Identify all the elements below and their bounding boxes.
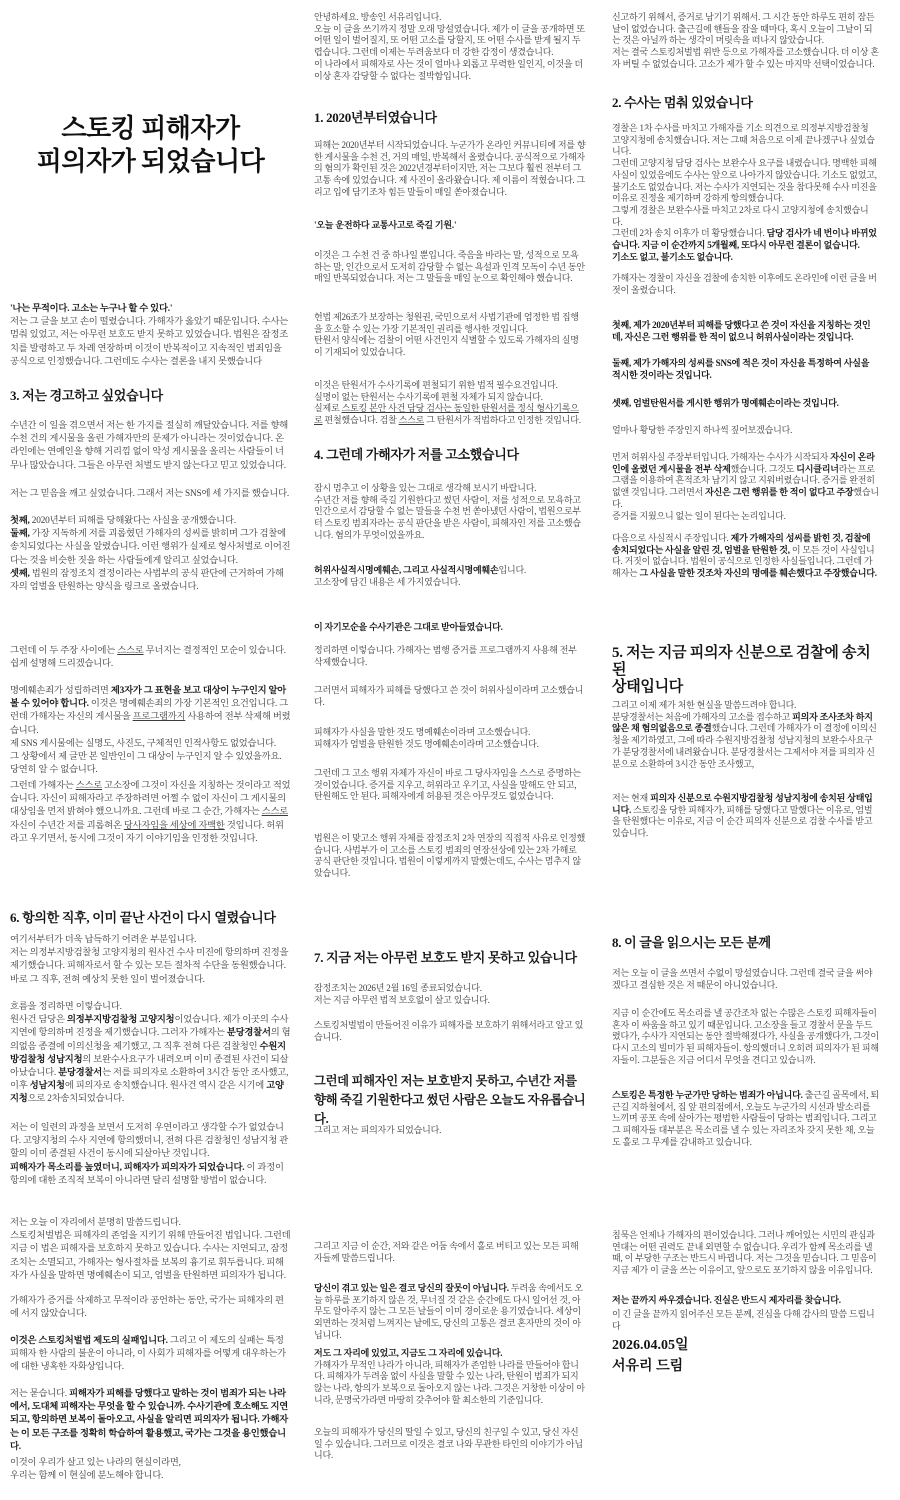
text-run: 그런데 피해자인 저는 보호받지 못하고, 수년간 저를 향해 죽길 기원한다고…: [314, 1074, 585, 1126]
text-run: 그 사실을 말한 것조차 자신의 명예를 훼손했다고 주장했습니다.: [640, 568, 877, 578]
paragraph: 이 긴 글을 끝까지 읽어주신 모든 분께, 진심을 다해 감사의 말씀 드립니…: [612, 1309, 879, 1332]
text-run: 얼마나 황당한 주장인지 하나씩 짚어보겠습니다.: [612, 425, 792, 435]
text-run: 정리하면 이렇습니다. 가해자는 범행 증거를 프로그램까지 사용해 전부 삭제…: [314, 645, 577, 667]
paragraph: 스토킹은 특정한 누군가만 당하는 범죄가 아닙니다. 출근길 골목에서, 퇴근…: [612, 1090, 879, 1149]
text-run: 그러면서 피해자가 피해를 당했다고 쓴 것이 허위사실이라며 고소했습니다.: [314, 685, 583, 707]
paragraph: 그리고 이제 제가 처한 현실을 말씀드려야 합니다.분당경찰서는 처음에 가해…: [612, 700, 879, 770]
text-run: 2. 수사는 멈춰 있었습니다: [612, 95, 753, 110]
page-title: 스토킹 피해자가 피의자가 되었습니다: [10, 112, 291, 178]
text-run: 디시클리너: [796, 464, 838, 474]
text-run: 오늘 이 글을 쓰기까지 정말 오래 망설였습니다. 제가 이 글을 공개하면 …: [314, 24, 585, 57]
text-run: 저는 결국 스토킹처벌법 위반 등으로 가해자를 고소했습니다. 더 이상 혼자…: [612, 47, 879, 69]
text-run: 그리고 저는 피의자가 되었습니다.: [314, 1125, 441, 1135]
text-run: 스스로: [117, 646, 143, 656]
text-run: 저는 오늘 이 글을 쓰면서 수없이 망설였습니다. 그런데 결국 글을 써야겠…: [612, 968, 872, 990]
signature-date: 2026.04.05일서유리 드림: [612, 1335, 879, 1377]
text-run: 실명이 없는 탄원서는 수사기록에 편철 자체가 되지 않습니다.: [314, 392, 543, 402]
section-heading-1: 1. 2020년부터였습니다: [314, 110, 586, 126]
text-run: 헌법 제26조가 보장하는 청원권, 국민으로서 사법기관에 엄정한 법 집행을…: [314, 312, 579, 334]
text-run: 1. 2020년부터였습니다: [314, 110, 437, 125]
text-run: 기소도 없고, 불기소도 없습니다.: [612, 252, 733, 262]
text-run: 수년간 저를 향해 죽길 기원한다고 썼던 사람이, 저를 성적으로 모욕하고 …: [314, 495, 581, 540]
paragraph: 먼저 허위사실 주장부터입니다. 가해자는 수사가 시작되자 자신이 온라인에 …: [612, 452, 879, 522]
text-run: 2020년부터 피해를 당해왔다는 사실을 공개했습니다.: [30, 516, 236, 526]
section-heading-4: 4. 그런데 가해자가 저를 고소했습니다: [314, 447, 586, 463]
text-run: 둘째, 제가 가해자의 성씨를 SNS에 적은 것이 자신을 특정하여 사실을 …: [612, 358, 869, 380]
section-heading-7: 7. 지금 저는 아무런 보호도 받지 못하고 있습니다: [314, 950, 586, 966]
claim-first: 첫째, 제가 2020년부터 피해를 당했다고 쓴 것이 자신을 지칭하는 것인…: [612, 320, 879, 343]
claim-second: 둘째, 제가 가해자의 성씨를 SNS에 적은 것이 자신을 특정하여 사실을 …: [612, 358, 879, 381]
text-run: 스토킹을 당한 피해자가, 피해를 당했다고 말했다는 이유로, 엄벌을 탄원했…: [612, 805, 872, 838]
text-run: 수년간 이 일을 겪으면서 저는 한 가지를 절실히 깨달았습니다. 저를 향해…: [10, 421, 288, 471]
text-run: 분당경찰서는 처음에 가해자의 고소를 접수하고: [612, 712, 792, 722]
text-run: 피해자가 엄벌을 탄원한 것도 명예훼손이라며 고소했습니다.: [314, 739, 539, 749]
paragraph: 잠정조치는 2026년 2월 16일 종료되었습니다.저는 지금 아무런 법적 …: [314, 983, 586, 1006]
paragraph: 다음으로 사실적시 주장입니다. 제가 가해자의 성씨를 밝힌 것, 검찰에 송…: [612, 533, 879, 580]
text-run: 그런데 가해자는: [10, 781, 76, 791]
text-run: 가해자가 무적인 나라가 아니라, 피해자가 존엄한 나라를 만들어야 합니다.…: [314, 1360, 585, 1405]
text-run: 경찰은 1차 수사를 마치고 가해자를 기소 의견으로 의정부지방검찰청 고양지…: [612, 123, 875, 156]
text-run: 스스로: [76, 781, 102, 791]
text-run: 5. 저는 지금 피의자 신분으로 검찰에 송치된: [612, 645, 870, 678]
text-run: 이 나라에서 피해자로 사는 것이 얼마나 외롭고 무력한 일인지, 이것을 더…: [314, 59, 583, 81]
text-run: 지금 이 순간에도 목소리를 낼 공간조차 없는 수많은 스토킹 피해자들이 혼…: [612, 1008, 879, 1065]
text-run: 에 피의자로 송치했습니다. 원사건 역시 같은 시기에: [65, 1081, 266, 1091]
paragraph: 가해자는 경찰이 자신을 검찰에 송치한 이후에도 온라인에 이런 글을 버젓이…: [612, 273, 879, 296]
text-run: 제 SNS 게시물에는 실명도, 사진도, 구체적인 인적사항도 없었습니다.: [10, 739, 276, 749]
paragraph: 헌법 제26조가 보장하는 청원권, 국민으로서 사법기관에 엄정한 법 집행을…: [314, 312, 586, 359]
text-run: 피해는 2020년부터 시작되었습니다. 누군가가 온라인 커뮤니티에 저를 향…: [314, 140, 585, 197]
text-run: 이것은 그 수천 건 중 하나일 뿐입니다. 죽음을 바라는 말, 성적으로 모…: [314, 250, 585, 283]
paragraph: 저는 묻습니다. 피해자가 피해를 당했다고 말하는 것이 범죄가 되는 나라에…: [10, 1388, 291, 1454]
text-run: 성남지청: [30, 1081, 65, 1091]
paragraph: 저는 현재 피의자 신분으로 수원지방검찰청 성남지청에 송치된 상태입니다. …: [612, 793, 879, 840]
emphasis-paragraph: 그런데 피해자인 저는 보호받지 못하고, 수년간 저를 향해 죽길 기원한다고…: [314, 1072, 586, 1129]
text-run: 명예훼손죄가 성립하려면: [10, 686, 111, 696]
paragraph: 그리고 지금 이 순간, 저와 같은 어둠 속에서 홀로 버티고 있는 모든 피…: [314, 1241, 586, 1264]
text-run: 프로그램까지: [133, 712, 186, 722]
paragraph: 침묵은 언제나 가해자의 편이었습니다. 그러나 깨어있는 시민의 관심과 연대…: [612, 1230, 879, 1277]
text-run: 허위사실적시명예훼손, 그리고 사실적시명예훼손: [314, 565, 499, 575]
paragraph: 이것이 우리가 살고 있는 나라의 현실이라면,우리는 함께 이 현실에 분노해…: [10, 1457, 291, 1483]
text-run: 그리고 지금 이 순간, 저와 같은 어둠 속에서 홀로 버티고 있는 모든 피…: [314, 1241, 578, 1263]
text-run: 원사건 담당은: [10, 1015, 67, 1025]
claim-third: 셋째, 엄벌탄원서를 게시한 행위가 명예훼손이라는 것입니다.: [612, 398, 879, 410]
text-run: 피해자가 목소리를 높였더니, 피해자가 피의자가 되었습니다.: [10, 1163, 244, 1173]
paragraph: 그런데 가해자는 스스로 고소장에 그것이 자신을 지칭하는 것이라고 적었습니…: [10, 780, 291, 846]
text-run: 스스로: [399, 415, 424, 425]
text-run: 첫째, 제가 2020년부터 피해를 당했다고 쓴 것이 자신을 지칭하는 것인…: [612, 320, 871, 342]
column-middle: 안녕하세요. 방송인 서유리입니다.오늘 이 글을 쓰기까지 정말 오래 망설였…: [314, 0, 586, 1500]
paragraph: 명예훼손죄가 성립하려면 제3자가 그 표현을 보고 대상이 누구인지 알아볼 …: [10, 685, 291, 777]
text-run: 자신은 그런 행위를 한 적이 없다고 주장: [705, 487, 853, 497]
text-run: 우리는 함께 이 현실에 분노해야 합니다.: [10, 1471, 163, 1481]
numbered-list-paragraph: 첫째, 2020년부터 피해를 당해왔다는 사실을 공개했습니다.둘째, 가장 …: [10, 515, 291, 594]
text-run: 스토킹처벌법이 만들어진 이유가 피해자를 보호하기 위해서라고 알고 있습니다…: [314, 1020, 583, 1042]
text-run: 그리고 이제 제가 처한 현실을 말씀드려야 합니다.: [612, 700, 796, 710]
text-run: 흐름을 정리하면 이렇습니다.: [10, 1002, 122, 1012]
paragraph: 잠시 멈추고 이 상황을 있는 그대로 생각해 보시기 바랍니다.수년간 저를 …: [314, 483, 586, 542]
text-run: 안녕하세요. 방송인 서유리입니다.: [314, 12, 441, 22]
text-run: 으로 2차송치되었습니다.: [28, 1094, 125, 1104]
paragraph: 흐름을 정리하면 이렇습니다.원사건 담당은 의정부지방검찰청 고양지청이었습니…: [10, 1001, 291, 1107]
text-run: 잠시 멈추고 이 상황을 있는 그대로 생각해 보시기 바랍니다.: [314, 483, 536, 493]
text-run: 당연히 알 수 없습니다.: [10, 765, 98, 775]
section-heading-5: 5. 저는 지금 피의자 신분으로 검찰에 송치된상태입니다: [612, 645, 879, 695]
text-run: '오늘 운전하다 교통사고로 죽길 기원.': [314, 220, 456, 230]
text-run: 그 상황에서 제 글만 본 일반인이 그 대상이 누구인지 알 수 있었을까요.: [10, 752, 281, 762]
paragraph: 이 자기모순을 수사기관은 그대로 받아들였습니다.: [314, 622, 586, 634]
text-run: 실제로: [314, 403, 342, 413]
text-run: 8. 이 글을 읽으시는 모든 분께: [612, 935, 771, 950]
paragraph: 그런데 이 두 주장 사이에는 스스로 무너지는 결정적인 모순이 있습니다. …: [10, 645, 291, 671]
text-run: 저는 오늘 이 자리에서 분명히 말씀드립니다.: [10, 1218, 181, 1228]
text-run: 그런데 2차 송치 이후가 더 황당했습니다.: [612, 228, 767, 238]
text-run: 저는 이 일련의 과정을 보면서 도저히 우연이라고 생각할 수가 없었습니다.…: [10, 1123, 288, 1159]
column-left: 스토킹 피해자가 피의자가 되었습니다 '나는 무적이다. 고소는 누구나 할 …: [10, 0, 291, 1500]
paragraph: 저는 그 믿음을 깨고 싶었습니다. 그래서 저는 SNS에 세 가지를 했습니…: [10, 488, 291, 501]
text-run: 그렇게 경찰은 보완수사를 마치고 2차로 다시 고양지청에 송치했습니다.: [612, 205, 868, 227]
section-heading-6: 6. 항의한 직후, 이미 끝난 사건이 다시 열렸습니다: [10, 910, 291, 926]
text-run: 신고하기 위해서, 증거로 남기기 위해서. 그 시간 동안 하루도 편히 잠든…: [612, 12, 874, 45]
section-heading-3: 3. 저는 경고하고 싶었습니다: [10, 388, 291, 404]
paragraph: 수년간 이 일을 겪으면서 저는 한 가지를 절실히 깨달았습니다. 저를 향해…: [10, 420, 291, 473]
text-run: 가해자는 경찰이 자신을 검찰에 송치한 이후에도 온라인에 이런 글을 버젓이…: [612, 273, 877, 295]
text-run: 편철했습니다. 검찰: [323, 415, 399, 425]
text-run: 의정부지방검찰청 고양지청: [67, 1015, 175, 1025]
paragraph: 신고하기 위해서, 증거로 남기기 위해서. 그 시간 동안 하루도 편히 잠든…: [612, 12, 879, 71]
text-run: 자신이 수년간 저를 괴롭혀온: [10, 821, 124, 831]
text-run: 증거를 지웠으니 없는 일이 된다는 논리입니다.: [612, 511, 786, 521]
paragraph: 정리하면 이렇습니다. 가해자는 범행 증거를 프로그램까지 사용해 전부 삭제…: [314, 645, 586, 668]
paragraph: 피해자가 사실을 말한 것도 명예훼손이라며 고소했습니다.피해자가 엄벌을 탄…: [314, 727, 586, 750]
text-run: 저는 끝까지 싸우겠습니다. 진실은 반드시 제자리를 찾습니다.: [612, 1295, 841, 1305]
text-run: 고소장에 담긴 내용은 세 가지였습니다.: [314, 577, 460, 587]
paragraph: 스토킹처벌법이 만들어진 이유가 피해자를 보호하기 위해서라고 알고 있습니다…: [314, 1020, 586, 1043]
text-run: 7. 지금 저는 아무런 보호도 받지 못하고 있습니다: [314, 950, 577, 965]
paragraph: 당신이 겪고 있는 일은 결코 당신의 잘못이 아닙니다. 두려움 속에서도 오…: [314, 1283, 586, 1342]
text-run: 법원은 이 맞고소 행위 자체를 잠정조치 2차 연장의 직접적 사유로 인정했…: [314, 833, 585, 878]
paragraph: 경찰은 1차 수사를 마치고 가해자를 기소 의견으로 의정부지방검찰청 고양지…: [612, 123, 879, 263]
text-run: 저도 그 자리에 있었고, 지금도 그 자리에 있습니다.: [314, 1348, 502, 1358]
document-page: 스토킹 피해자가 피의자가 되었습니다 '나는 무적이다. 고소는 누구나 할 …: [0, 0, 900, 1500]
quote-paragraph: '나는 무적이다. 고소는 누구나 할 수 있다.'저는 그 글을 보고 손이 …: [10, 303, 291, 369]
section-heading-8: 8. 이 글을 읽으시는 모든 분께: [612, 935, 879, 951]
paragraph: 저는 오늘 이 자리에서 분명히 말씀드립니다.스토킹처벌법은 피해자의 존엄을…: [10, 1217, 291, 1283]
paragraph: 지금 이 순간에도 목소리를 낼 공간조차 없는 수많은 스토킹 피해자들이 혼…: [612, 1008, 879, 1067]
column-right: 신고하기 위해서, 증거로 남기기 위해서. 그 시간 동안 하루도 편히 잠든…: [612, 0, 879, 1500]
text-run: 그런데 이 두 주장 사이에는: [10, 646, 117, 656]
text-run: 침묵은 언제나 가해자의 편이었습니다. 그러나 깨어있는 시민의 관심과 연대…: [612, 1230, 876, 1275]
text-run: 6. 항의한 직후, 이미 끝난 사건이 다시 열렸습니다: [10, 910, 276, 925]
text-run: 피해자가 사실을 말한 것도 명예훼손이라며 고소했습니다.: [314, 727, 530, 737]
text-run: 스토킹은 특정한 누군가만 당하는 범죄가 아닙니다.: [612, 1090, 803, 1100]
text-run: 이것은 스토킹처벌법 제도의 실패입니다.: [10, 1336, 168, 1346]
text-run: 저는 현재: [612, 793, 650, 803]
text-run: 그 탄원서가 적법하다고 인정한 것입니다.: [424, 415, 581, 425]
text-run: 분당경찰서: [58, 1068, 102, 1078]
text-run: 당신이 겪고 있는 일은 결코 당신의 잘못이 아닙니다.: [314, 1283, 509, 1293]
paragraph: 얼마나 황당한 주장인지 하나씩 짚어보겠습니다.: [612, 425, 879, 437]
paragraph: 이것은 그 수천 건 중 하나일 뿐입니다. 죽음을 바라는 말, 성적으로 모…: [314, 250, 586, 285]
text-run: 먼저 허위사실 주장부터입니다. 가해자는 수사가 시작되자: [612, 452, 830, 462]
text-run: 3. 저는 경고하고 싶었습니다: [10, 388, 163, 403]
text-run: 저는 묻습니다.: [10, 1389, 69, 1399]
text-run: 다음으로 사실적시 주장입니다.: [612, 533, 731, 543]
text-run: 저는 그 믿음을 깨고 싶었습니다. 그래서 저는 SNS에 세 가지를 했습니…: [10, 489, 289, 499]
text-run: 서유리 드림: [612, 1359, 683, 1374]
text-run: 그런데 고양지청 담당 검사는 보완수사 요구를 내렸습니다. 명백한 피해 사…: [612, 158, 877, 203]
paragraph: 그리고 저는 피의자가 되었습니다.: [314, 1125, 586, 1137]
text-run: 둘째,: [10, 529, 30, 539]
text-run: 여기서부터가 더욱 납득하기 어려운 부분입니다.: [10, 935, 196, 945]
section-heading-2: 2. 수사는 멈춰 있었습니다: [612, 95, 879, 111]
text-run: 스토킹처벌법은 피해자의 존엄을 지키기 위해 만들어진 법입니다. 그런데 지…: [10, 1231, 290, 1281]
paragraph: 가해자가 증거를 삭제하고 무적이라 공언하는 동안, 국가는 피해자의 편에 …: [10, 1295, 291, 1321]
intro-paragraph: 안녕하세요. 방송인 서유리입니다.오늘 이 글을 쓰기까지 정말 오래 망설였…: [314, 12, 586, 82]
text-run: 셋째, 엄벌탄원서를 게시한 행위가 명예훼손이라는 것입니다.: [612, 398, 839, 408]
text-run: 첫째,: [10, 516, 30, 526]
quote-line: '오늘 운전하다 교통사고로 죽길 기원.': [314, 220, 586, 232]
text-run: 저는 의정부지방검찰청 고양지청의 원사건 수사 미진에 항의하며 진정을 제기…: [10, 948, 288, 984]
text-run: 입니다.: [499, 565, 527, 575]
page-title-line-2: 피의자가 되었습니다: [10, 145, 291, 178]
page-title-line-1: 스토킹 피해자가: [10, 112, 291, 145]
paragraph: 이것은 탄원서가 수사기록에 편철되기 위한 법적 필수요건입니다.실명이 없는…: [314, 380, 586, 427]
text-run: 셋째,: [10, 569, 30, 579]
paragraph: 그러면서 피해자가 피해를 당했다고 쓴 것이 허위사실이라며 고소했습니다.: [314, 685, 586, 708]
text-run: 이것이 우리가 살고 있는 나라의 현실이라면,: [10, 1458, 181, 1468]
paragraph: 저는 이 일련의 과정을 보면서 도저히 우연이라고 생각할 수가 없었습니다.…: [10, 1122, 291, 1188]
paragraph: 저는 오늘 이 글을 쓰면서 수없이 망설였습니다. 그런데 결국 글을 써야겠…: [612, 968, 879, 991]
text-run: '나는 무적이다. 고소는 누구나 할 수 있다.': [10, 304, 172, 314]
text-run: 그런데 그 고소 행위 자체가 자신이 바로 그 당사자임을 스스로 증명하는 …: [314, 768, 581, 801]
paragraph: 저도 그 자리에 있었고, 지금도 그 자리에 있습니다.가해자가 무적인 나라…: [314, 1348, 586, 1407]
text-run: 4. 그런데 가해자가 저를 고소했습니다: [314, 447, 519, 462]
text-run: 당사자임을 세상에 자백한: [124, 821, 225, 831]
text-run: 했습니다. 그것도: [731, 464, 797, 474]
text-run: 스스로: [262, 807, 288, 817]
paragraph: 그런데 그 고소 행위 자체가 자신이 바로 그 당사자임을 스스로 증명하는 …: [314, 768, 586, 803]
text-run: 가장 지독하게 저를 괴롭혔던 가해자의 성씨를 밝히며 그가 검찰에 송치되었…: [10, 529, 290, 565]
text-run: 2026.04.05일: [612, 1338, 689, 1353]
text-run: 저는 그 글을 보고 손이 떨렸습니다. 가해자가 옳았기 때문입니다. 수사는…: [10, 317, 288, 367]
paragraph: 이것은 스토킹처벌법 제도의 실패입니다. 그리고 이 제도의 실패는 특정 피…: [10, 1335, 291, 1375]
paragraph: 오늘의 피해자가 당신의 딸일 수 있고, 당신의 친구일 수 있고, 당신 자…: [314, 1427, 586, 1462]
paragraph: 허위사실적시명예훼손, 그리고 사실적시명예훼손입니다.고소장에 담긴 내용은 …: [314, 565, 586, 588]
paragraph: 여기서부터가 더욱 납득하기 어려운 부분입니다.저는 의정부지방검찰청 고양지…: [10, 934, 291, 987]
paragraph: 저는 끝까지 싸우겠습니다. 진실은 반드시 제자리를 찾습니다.: [612, 1295, 879, 1307]
text-run: 법원의 잠정조치 결정이라는 사법부의 공식 판단에 근거하여 가해자의 엄벌을…: [10, 569, 284, 592]
text-run: 분당경찰서: [227, 1028, 271, 1038]
text-run: 가해자가 증거를 삭제하고 무적이라 공언하는 동안, 국가는 피해자의 편에 …: [10, 1296, 284, 1319]
text-run: 이 자기모순을 수사기관은 그대로 받아들였습니다.: [314, 622, 503, 632]
paragraph: 피해는 2020년부터 시작되었습니다. 누군가가 온라인 커뮤니티에 저를 향…: [314, 140, 586, 199]
text-run: 탄원서 양식에는 검찰이 어떤 사건인지 식별할 수 있도록 가해자의 실명이 …: [314, 335, 579, 357]
text-run: 이 긴 글을 끝까지 읽어주신 모든 분께, 진심을 다해 감사의 말씀 드립니…: [612, 1309, 874, 1331]
text-run: 상태입니다: [612, 679, 683, 695]
text-run: 저는 지금 아무런 법적 보호없이 살고 있습니다.: [314, 995, 490, 1005]
text-run: 이것은 탄원서가 수사기록에 편철되기 위한 법적 필수요건입니다.: [314, 380, 558, 390]
text-run: 잠정조치는 2026년 2월 16일 종료되었습니다.: [314, 983, 482, 993]
paragraph: 법원은 이 맞고소 행위 자체를 잠정조치 2차 연장의 직접적 사유로 인정했…: [314, 833, 586, 880]
text-run: 오늘의 피해자가 당신의 딸일 수 있고, 당신의 친구일 수 있고, 당신 자…: [314, 1427, 583, 1460]
